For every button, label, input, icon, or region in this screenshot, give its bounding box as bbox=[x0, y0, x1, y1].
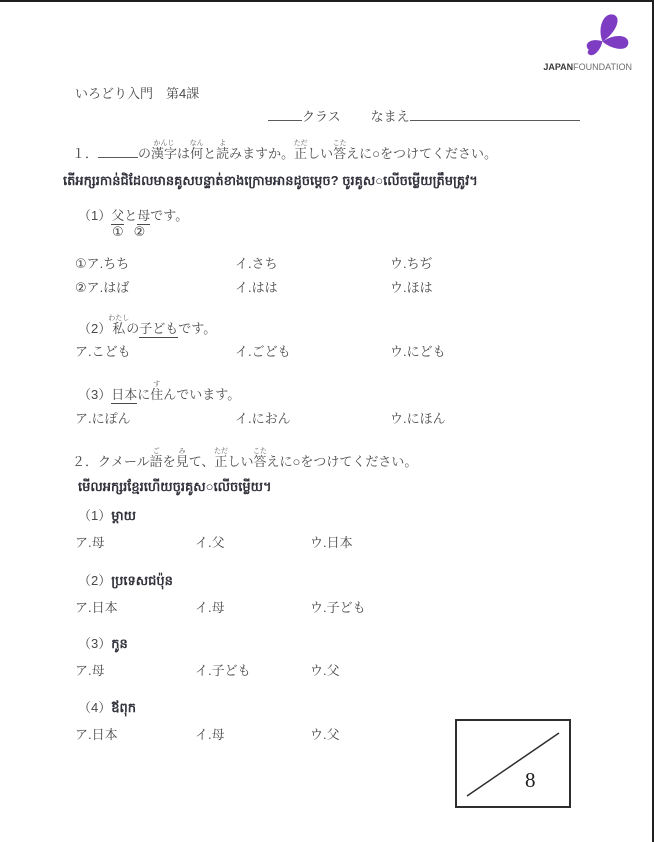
ruby-go: 語ご bbox=[150, 454, 163, 469]
option-u: ウ.子ども bbox=[310, 600, 366, 615]
q2-item4-label: （4） bbox=[78, 700, 111, 715]
q1-item3-label: （3） bbox=[78, 387, 111, 402]
option-i: イ.子ども bbox=[195, 660, 310, 679]
option-a: ア.母 bbox=[75, 660, 195, 679]
q1-item1-sentence: （1）父と母です。 bbox=[78, 205, 188, 224]
option-a: ア.にぽん bbox=[75, 408, 235, 427]
q1-item1-underlined-haha: 母 bbox=[137, 208, 150, 225]
class-name-line: クラスなまえ bbox=[268, 106, 580, 125]
worksheet-title: いろどり入門 第4課 bbox=[75, 83, 199, 102]
japan-foundation-logo: JAPANFOUNDATION bbox=[546, 10, 634, 72]
q2-item2-khmer-word: ប្រទេសជប៉ុន bbox=[111, 573, 173, 588]
q1-item1-underlined-chichi: 父 bbox=[111, 208, 124, 225]
ruby-kanji: 漢字かんじ bbox=[151, 146, 177, 161]
q1-instruction-khmer: តើអក្សរកាន់ជិដែលមានគូសបន្ទាត់ខាងក្រោមអាន… bbox=[63, 173, 478, 192]
q1-item1-options-row2: ②ア.はばイ.ははウ.ほは bbox=[75, 277, 433, 296]
q2-title: ２．クメール語ごを見みて、正ただしい答こたえに○をつけてください。 bbox=[72, 448, 417, 470]
option-i: イ.母 bbox=[195, 724, 310, 743]
option-u: ウ.にども bbox=[390, 344, 446, 359]
q1-text: は bbox=[177, 146, 190, 161]
q2-item3-options: ア.母イ.子どもウ.父 bbox=[75, 660, 340, 679]
option-i: イ.母 bbox=[195, 597, 310, 616]
option-a: ア.日本 bbox=[75, 724, 195, 743]
option-u: ウ.父 bbox=[310, 663, 340, 678]
option-a: ア.母 bbox=[75, 532, 195, 551]
option-i: イ.ごども bbox=[235, 341, 390, 360]
q1-text: と bbox=[203, 146, 216, 161]
q1-item2-underlined-kodomo: 子ども bbox=[139, 321, 178, 338]
q1-item2-label: （2） bbox=[78, 321, 111, 336]
q1-item2-text: です。 bbox=[178, 321, 216, 336]
option-u: ウ.ちぢ bbox=[390, 256, 433, 271]
q2-item2-options: ア.日本イ.母ウ.子ども bbox=[75, 597, 366, 616]
q2-item4-options: ア.日本イ.母ウ.父 bbox=[75, 724, 340, 743]
q1-text: しい bbox=[307, 146, 333, 161]
q1-item1-label: （1） bbox=[78, 208, 111, 223]
option-u: ウ.ほは bbox=[390, 280, 433, 295]
score-max-value: 8 bbox=[525, 768, 536, 793]
class-blank-field bbox=[268, 108, 302, 121]
q2-item1-word-line: （1）ម្ដាយ bbox=[78, 505, 136, 527]
ruby-nan: 何なん bbox=[190, 146, 203, 161]
option-u: ウ.父 bbox=[310, 727, 340, 742]
q2-item4-khmer-word: ឪពុក bbox=[111, 700, 136, 715]
ruby-mi: 見み bbox=[176, 454, 189, 469]
name-blank-field bbox=[410, 108, 580, 121]
q1-item2-options: ア.こどもイ.ごどもウ.にども bbox=[75, 341, 446, 360]
q1-title: １．の漢字かんじは何なんと読よみますか。正ただしい答こたえに○をつけてください。 bbox=[72, 140, 497, 162]
option-u: ウ.にほん bbox=[390, 411, 446, 426]
ruby-tadashii: 正ただ bbox=[214, 454, 227, 469]
q2-item1-options: ア.母イ.父ウ.日本 bbox=[75, 532, 353, 551]
option-a: ②ア.はば bbox=[75, 277, 235, 296]
score-diagonal-line bbox=[457, 721, 569, 806]
ruby-tadashii: 正ただ bbox=[294, 146, 307, 161]
option-u: ウ.日本 bbox=[310, 535, 353, 550]
worksheet-page: JAPANFOUNDATION いろどり入門 第4課 クラスなまえ １．の漢字か… bbox=[0, 0, 654, 842]
q1-text: えに○をつけてください。 bbox=[346, 146, 497, 161]
name-label: なまえ bbox=[371, 109, 410, 124]
q1-item3-text: に bbox=[137, 387, 150, 402]
ruby-watashi: 私わたし bbox=[111, 321, 126, 336]
q1-text: の bbox=[138, 146, 151, 161]
q2-item3-label: （3） bbox=[78, 636, 111, 651]
logo-wordmark: JAPANFOUNDATION bbox=[543, 62, 632, 72]
option-i: イ.におん bbox=[235, 408, 390, 427]
q1-text: みますか。 bbox=[229, 146, 294, 161]
q1-item1-marks: ①② bbox=[112, 224, 145, 240]
option-i: イ.さち bbox=[235, 253, 390, 272]
q2-item3-word-line: （3）កូន bbox=[78, 633, 128, 655]
circled-1-mark: ① bbox=[112, 224, 124, 239]
option-a: ア.日本 bbox=[75, 597, 195, 616]
circled-2-mark: ② bbox=[134, 224, 146, 239]
q1-item3-underlined-nihon: 日本 bbox=[111, 387, 137, 404]
q2-text: しい bbox=[227, 454, 253, 469]
q1-item2-text: の bbox=[126, 321, 139, 336]
score-box: 8 bbox=[455, 719, 571, 808]
q1-item1-text: と bbox=[124, 208, 137, 223]
q2-item2-label: （2） bbox=[78, 573, 111, 588]
ruby-su: 住す bbox=[150, 387, 163, 402]
q1-item3-text: んでいます。 bbox=[163, 387, 240, 402]
q1-blank bbox=[98, 145, 138, 158]
q2-item1-khmer-word: ម្ដាយ bbox=[111, 508, 136, 523]
option-i: イ.はは bbox=[235, 277, 390, 296]
q2-item3-khmer-word: កូន bbox=[111, 636, 128, 651]
q1-item3-sentence: （3）日本に住すんでいます。 bbox=[78, 381, 240, 403]
q2-text: を bbox=[163, 454, 176, 469]
q1-item2-sentence: （2）私わたしの子どもです。 bbox=[78, 315, 216, 337]
option-i: イ.父 bbox=[195, 532, 310, 551]
logo-foundation-text: FOUNDATION bbox=[573, 62, 632, 72]
q2-text: えに○をつけてください。 bbox=[266, 454, 417, 469]
q2-item4-word-line: （4）ឪពុក bbox=[78, 697, 136, 719]
q2-text: て、 bbox=[189, 454, 215, 469]
q2-text: クメール bbox=[98, 454, 150, 469]
logo-japan-text: JAPAN bbox=[543, 62, 573, 72]
q2-number: ２． bbox=[72, 454, 98, 469]
q1-item3-options: ア.にぽんイ.におんウ.にほん bbox=[75, 408, 446, 427]
ruby-kotae: 答こた bbox=[253, 454, 266, 469]
q1-item1-text: です。 bbox=[150, 208, 188, 223]
q2-instruction-khmer: មើលអក្សរខ្មែរហើយចូរគូស○លើចម្លើយ។ bbox=[78, 479, 272, 498]
q1-item1-options-row1: ①ア.ちちイ.さちウ.ちぢ bbox=[75, 253, 433, 272]
ruby-yo: 読よ bbox=[216, 146, 229, 161]
ruby-kotae: 答こた bbox=[333, 146, 346, 161]
class-label: クラス bbox=[302, 109, 341, 124]
q2-item1-label: （1） bbox=[78, 508, 111, 523]
option-a: ア.こども bbox=[75, 341, 235, 360]
q1-number: １． bbox=[72, 146, 98, 161]
q2-item2-word-line: （2）ប្រទេសជប៉ុន bbox=[78, 570, 173, 592]
option-a: ①ア.ちち bbox=[75, 253, 235, 272]
butterfly-logo-icon bbox=[584, 10, 630, 58]
